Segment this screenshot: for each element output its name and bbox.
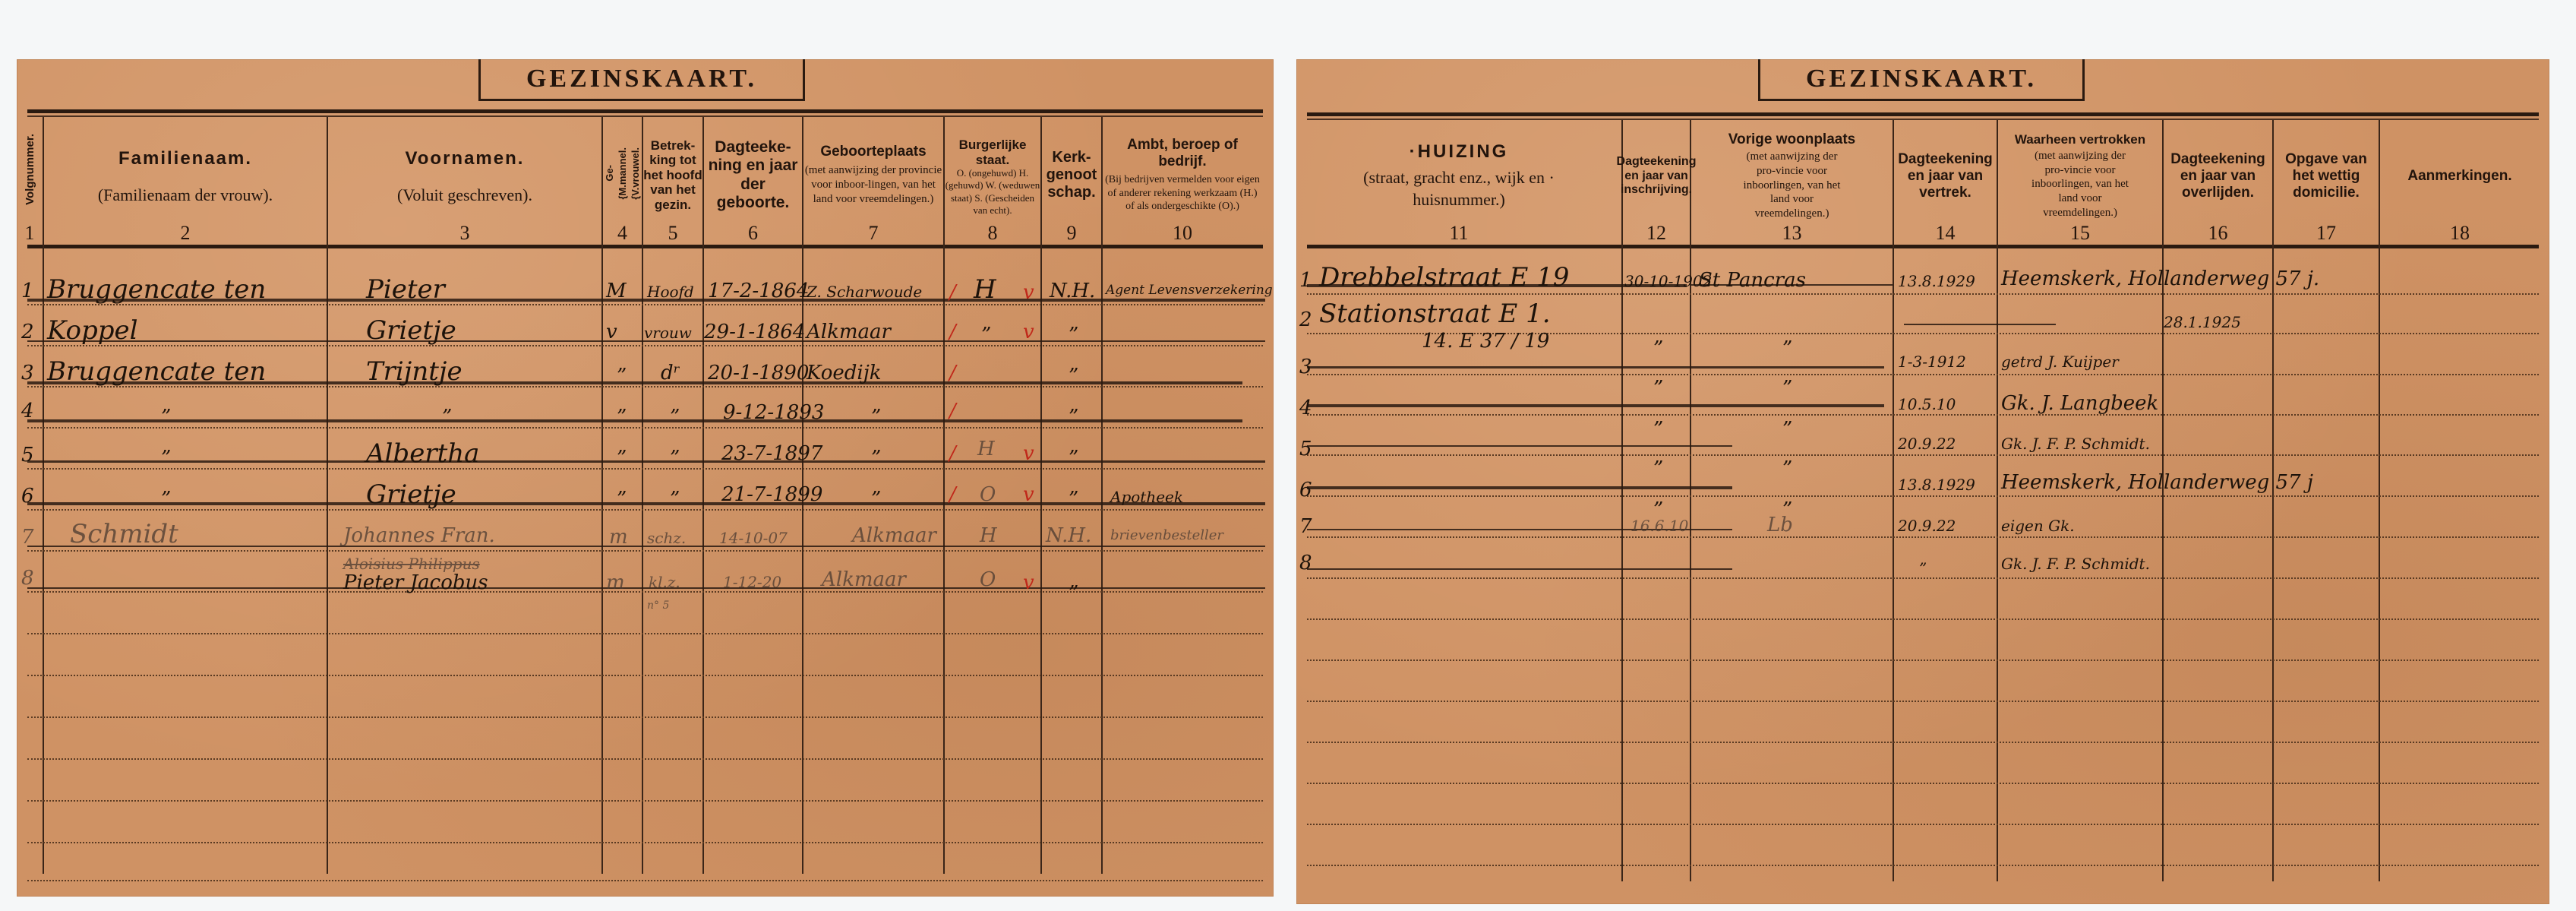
row-number: 2: [1299, 310, 1312, 330]
registration-date: 16.6.10: [1631, 518, 1688, 533]
red-check-mark: v: [1023, 485, 1034, 505]
church: ”: [1069, 489, 1078, 509]
row-line: [27, 716, 1263, 718]
address-line-2: 14. E 37 / 19: [1422, 331, 1549, 351]
column-number: 6: [704, 222, 802, 245]
red-check-mark: /: [949, 322, 956, 342]
column-number: 8: [945, 222, 1040, 245]
church: ”: [1069, 366, 1078, 386]
header-burgerlijke-staat: Burgerlijke staat. O. (ongehuwd) H. (geh…: [945, 120, 1040, 234]
address: Stationstraat E 1.: [1319, 301, 1551, 327]
previous-residence: Lb: [1767, 515, 1793, 535]
column-number: 7: [803, 222, 943, 245]
registration-date: ”: [1653, 339, 1663, 359]
church: ”: [1069, 325, 1078, 345]
header-vorige-woonplaats: Vorige woonplaats (met aanwijzing der pr…: [1691, 123, 1893, 229]
birthplace: Koedijk: [807, 363, 882, 383]
header-text: Vorige woonplaats: [1728, 131, 1856, 148]
strike-row-8: [27, 587, 1265, 589]
civil-status: H: [974, 277, 996, 302]
header-vertrek: Dagteekening en jaar van vertrek.: [1894, 123, 1997, 229]
destination: Heemskerk, Hollanderweg 57 j.: [2001, 269, 2319, 289]
previous-residence: ”: [1782, 459, 1792, 479]
header-text: {V.vrouwel.: [630, 147, 641, 200]
registration-date: ”: [1653, 459, 1663, 479]
red-check-mark: /: [949, 401, 956, 421]
given-names-struck: Aloisius Philippus: [343, 556, 480, 571]
strike-row-6: [1307, 486, 1732, 489]
row-line: [1307, 783, 2539, 784]
given-names: Pieter Jacobus: [343, 573, 488, 593]
header-geboortedatum: Dagteeke-ning en jaar der geboorte.: [704, 120, 802, 230]
birthplace: Z. Scharwoude: [807, 284, 922, 299]
red-check-mark: v: [1023, 444, 1034, 463]
header-inschrijving: Dagteekening en jaar van inschrijving.: [1623, 123, 1690, 229]
previous-residence: St Pancras: [1699, 270, 1806, 290]
strike-row-2: [1904, 324, 2056, 325]
church: ”: [1069, 407, 1078, 427]
sex: v: [606, 322, 617, 342]
header-text: Dagteekening en jaar van overlijden.: [2164, 151, 2272, 201]
row-line: [1307, 865, 2539, 866]
header-volgnummer: Volgnummer.: [17, 120, 43, 219]
row-line: [1307, 293, 2539, 295]
header-top-rule-thin: [1307, 119, 2539, 120]
header-text: Ambt, beroep of bedrijf.: [1103, 137, 1262, 170]
column-number: 10: [1103, 222, 1262, 245]
church: ”: [1069, 448, 1078, 468]
column-number: 2: [44, 222, 327, 245]
header-aanmerkingen: Aanmerkingen.: [2380, 123, 2540, 229]
surname: Koppel: [47, 318, 137, 343]
row-line: [27, 758, 1263, 760]
surname: Bruggencate ten: [47, 359, 266, 384]
row-number: 7: [21, 527, 34, 547]
strike-row-4: [27, 419, 1242, 422]
row-number: 4: [1299, 398, 1312, 418]
destination: Gk. J. F. P. Schmidt.: [2001, 556, 2150, 571]
header-overlijden: Dagteekening en jaar van overlijden.: [2164, 123, 2272, 229]
previous-residence: ”: [1782, 419, 1792, 439]
header-subtext: (Familienaam der vrouw).: [98, 185, 273, 207]
row-number: 6: [21, 486, 34, 506]
red-check-mark: /: [949, 444, 956, 463]
relation: ”: [670, 489, 680, 509]
header-text: Betrek-king tot het hoofd van het gezin.: [643, 138, 702, 213]
sex: M: [606, 281, 627, 301]
card-title: GEZINSKAART.: [1758, 59, 2085, 101]
row-line: [1307, 414, 2539, 416]
red-check-mark: v: [1023, 322, 1034, 342]
row-line: [1307, 824, 2539, 825]
strike-row-8: [1307, 568, 1732, 570]
birth-date: 23-7-1897: [721, 444, 822, 463]
column-number: 16: [2164, 222, 2272, 245]
sex: ”: [617, 407, 627, 427]
destination: Gk. J. F. P. Schmidt.: [2001, 436, 2150, 451]
address: Drebbelstraat E 19: [1319, 264, 1569, 290]
row-line: [1307, 618, 2539, 620]
strike-row-5: [27, 460, 1265, 463]
row-line: [1307, 495, 2539, 497]
header-subtext: O. (ongehuwd) H. (gehuwd) W. (weduwen st…: [945, 167, 1040, 217]
civil-status: H: [977, 439, 995, 459]
column-number: 4: [603, 222, 642, 245]
row-line: [1307, 701, 2539, 702]
red-check-mark: v: [1023, 283, 1034, 302]
sex: ”: [617, 448, 627, 468]
red-check-mark: v: [1023, 573, 1034, 593]
departure-date: 20.9.22: [1898, 518, 1956, 533]
previous-residence: ”: [1782, 339, 1792, 359]
birth-date: 14-10-07: [719, 530, 788, 546]
row-line: [27, 550, 1263, 552]
gezinskaart-right-card: GEZINSKAART. ·HUIZING (straat, gracht en…: [1296, 59, 2549, 904]
destination: Heemskerk, Hollanderweg 57 j: [2001, 473, 2313, 492]
column-number: 9: [1042, 222, 1101, 245]
row-line: [1307, 374, 2539, 375]
sex: ”: [617, 489, 627, 509]
surname: Bruggencate ten: [47, 277, 266, 302]
previous-residence: ”: [1782, 378, 1792, 398]
row-number: 3: [21, 363, 34, 383]
church: ”: [1069, 584, 1078, 603]
header-text: Burgerlijke staat.: [945, 138, 1040, 167]
column-number: 1: [17, 222, 43, 245]
row-number: 5: [1299, 439, 1312, 459]
header-kerkgenootschap: Kerk-genoot schap.: [1042, 120, 1101, 230]
column-number: 18: [2380, 222, 2540, 245]
row-number: 7: [1299, 517, 1312, 536]
civil-status: O: [980, 570, 996, 590]
relation: kl.z.: [649, 574, 680, 590]
red-check-mark: /: [949, 283, 956, 302]
given-names: Pieter: [366, 277, 445, 302]
destination: eigen Gk.: [2001, 518, 2075, 533]
header-text: Volgnummer.: [24, 134, 36, 205]
header-subtext: (Bij bedrijven vermelden voor eigen of a…: [1103, 173, 1262, 214]
header-geboorteplaats: Geboorteplaats (met aanwijzing der provi…: [803, 120, 943, 230]
row-number: 8: [1299, 553, 1312, 573]
row-line: [27, 633, 1263, 634]
card-title: GEZINSKAART.: [478, 59, 805, 101]
row-number: 1: [1299, 270, 1312, 290]
birthplace: Alkmaar: [852, 526, 936, 546]
header-bottom-rule: [1307, 245, 2539, 248]
occupation: Agent Levensverzekering: [1106, 284, 1273, 297]
header-bottom-rule: [27, 245, 1263, 248]
header-text: Ge-: [604, 165, 615, 182]
birth-date: 9-12-1893: [723, 403, 824, 422]
header-text: Dagteekening en jaar van vertrek.: [1894, 151, 1997, 201]
row-line: [27, 880, 1263, 881]
birth-date: 29-1-1864: [704, 322, 805, 342]
row-line: [27, 842, 1263, 843]
church: N.H.: [1046, 526, 1091, 546]
death-date: 28.1.1925: [2164, 315, 2241, 330]
header-voornamen: Voornamen. (Voluit geschreven).: [328, 120, 601, 234]
surname: Schmidt: [70, 521, 178, 547]
row-number: 8: [21, 568, 34, 588]
header-domicilie: Opgave van het wettig domicilie.: [2274, 123, 2379, 229]
header-subtext: (met aanwijzing der pro-vincie voor inbo…: [2031, 149, 2129, 220]
row-number: 2: [21, 322, 34, 342]
sex: ”: [617, 366, 627, 386]
header-text: Familienaam.: [118, 148, 252, 169]
gezinskaart-left-card: GEZINSKAART. Volgnummer. Familienaam. (F…: [17, 59, 1274, 897]
row-line: [27, 800, 1263, 802]
departure-date: 10.5.10: [1898, 397, 1956, 412]
destination: getrd J. Kuijper: [2001, 354, 2119, 369]
red-check-mark: /: [949, 485, 956, 505]
header-text: {M.mannel.: [617, 147, 628, 200]
column-number: 14: [1894, 222, 1997, 245]
small-note: n° 5: [647, 600, 669, 611]
header-top-rule: [27, 109, 1263, 113]
header-text: Kerk-genoot schap.: [1042, 149, 1101, 201]
given-names: Grietje: [366, 482, 456, 508]
header-text: Dagteeke-ning en jaar der geboorte.: [704, 138, 802, 212]
row-line: [27, 675, 1263, 676]
row-number: 1: [21, 281, 34, 301]
header-familienaam: Familienaam. (Familienaam der vrouw).: [44, 120, 327, 234]
header-text: Geboorteplaats: [820, 144, 926, 160]
church: N.H.: [1050, 281, 1095, 301]
destination: Gk. J. Langbeek: [2001, 394, 2158, 413]
departure-date: 13.8.1929: [1898, 477, 1975, 492]
birth-date: 21-7-1899: [721, 485, 822, 505]
given-names: Johannes Fran.: [343, 526, 495, 546]
birthplace: ”: [871, 489, 881, 509]
header-top-rule: [1307, 112, 2539, 116]
header-text: ·HUIZING: [1410, 141, 1509, 163]
surname: ”: [161, 407, 171, 427]
row-line: [1307, 742, 2539, 743]
given-names: Grietje: [366, 318, 456, 343]
header-subtext: (met aanwijzing der pro-vincie voor inbo…: [1743, 150, 1842, 221]
column-number: 13: [1691, 222, 1893, 245]
birthplace: ”: [871, 407, 881, 427]
given-names: Albertha: [366, 441, 479, 467]
column-number: 11: [1296, 222, 1621, 245]
header-top-rule-thin: [27, 115, 1263, 117]
departure-date: 13.8.1929: [1898, 274, 1975, 289]
strike-row-6: [27, 502, 1265, 505]
strike-row-3: [1307, 366, 1884, 369]
header-beroep: Ambt, beroep of bedrijf. (Bij bedrijven …: [1103, 120, 1262, 230]
column-number: 17: [2274, 222, 2379, 245]
row-number: 3: [1299, 357, 1312, 377]
birthplace: ”: [871, 448, 881, 468]
civil-status: ”: [981, 325, 991, 345]
surname: ”: [161, 448, 171, 468]
column-number: 12: [1623, 222, 1690, 245]
column-number: 5: [643, 222, 702, 245]
occupation: brievenbesteller: [1110, 529, 1223, 542]
strike-row-4: [1307, 404, 1884, 407]
header-betrekking: Betrek-king tot het hoofd van het gezin.: [643, 120, 702, 230]
relation: Hoofd: [647, 284, 694, 299]
header-waarheen: Waarheen vertrokken (met aanwijzing der …: [1998, 123, 2162, 229]
column-number: 15: [1998, 222, 2162, 245]
strike-row-5: [1307, 445, 1732, 447]
birthplace: Alkmaar: [807, 322, 891, 342]
header-text: Voornamen.: [406, 148, 525, 169]
birth-date: 1-12-20: [723, 574, 781, 590]
red-check-mark: /: [949, 363, 956, 383]
sex: m: [609, 527, 628, 547]
header-subtext: (straat, gracht enz., wijk en · huisnumm…: [1345, 167, 1573, 210]
relation: ”: [670, 407, 680, 427]
given-names: ”: [442, 407, 452, 427]
surname: ”: [161, 489, 171, 509]
header-subtext: (met aanwijzing der provincie voor inboo…: [803, 163, 943, 206]
given-names: Trijntje: [366, 359, 462, 384]
registration-date: ”: [1653, 378, 1663, 398]
civil-status: H: [980, 526, 997, 546]
header-geslacht: Ge- {M.mannel. {V.vrouwel.: [603, 120, 642, 226]
occupation: Apotheek: [1110, 489, 1183, 505]
header-text: Aanmerkingen.: [2407, 168, 2511, 185]
birthplace: Alkmaar: [822, 570, 906, 590]
header-text: Waarheen vertrokken: [2015, 132, 2145, 147]
header-text: Opgave van het wettig domicilie.: [2274, 151, 2379, 201]
header-subtext: (Voluit geschreven).: [397, 185, 532, 207]
birth-date: 17-2-1864: [708, 281, 809, 301]
relation: vrouw: [644, 325, 692, 340]
row-number: 4: [21, 401, 34, 421]
sex: m: [606, 573, 625, 593]
relation: dʳ: [661, 363, 680, 383]
header-huizing: ·HUIZING (straat, gracht enz., wijk en ·…: [1296, 123, 1621, 229]
registration-date: ”: [1653, 419, 1663, 439]
relation: ”: [670, 448, 680, 468]
row-line: [1307, 660, 2539, 661]
departure-date: 1-3-1912: [1898, 354, 1966, 369]
birth-date: 20-1-1890: [708, 363, 809, 383]
row-number: 5: [21, 445, 34, 465]
departure-date: 20.9.22: [1898, 436, 1956, 451]
column-number: 3: [328, 222, 601, 245]
civil-status: O: [980, 485, 996, 505]
row-number: 6: [1299, 480, 1312, 500]
departure-date: ”: [1919, 561, 1927, 576]
header-text: Dagteekening en jaar van inschrijving.: [1617, 155, 1697, 197]
row-line: [1307, 536, 2539, 538]
row-line: [1307, 454, 2539, 456]
row-line: [1307, 577, 2539, 579]
relation: schz.: [647, 530, 686, 546]
